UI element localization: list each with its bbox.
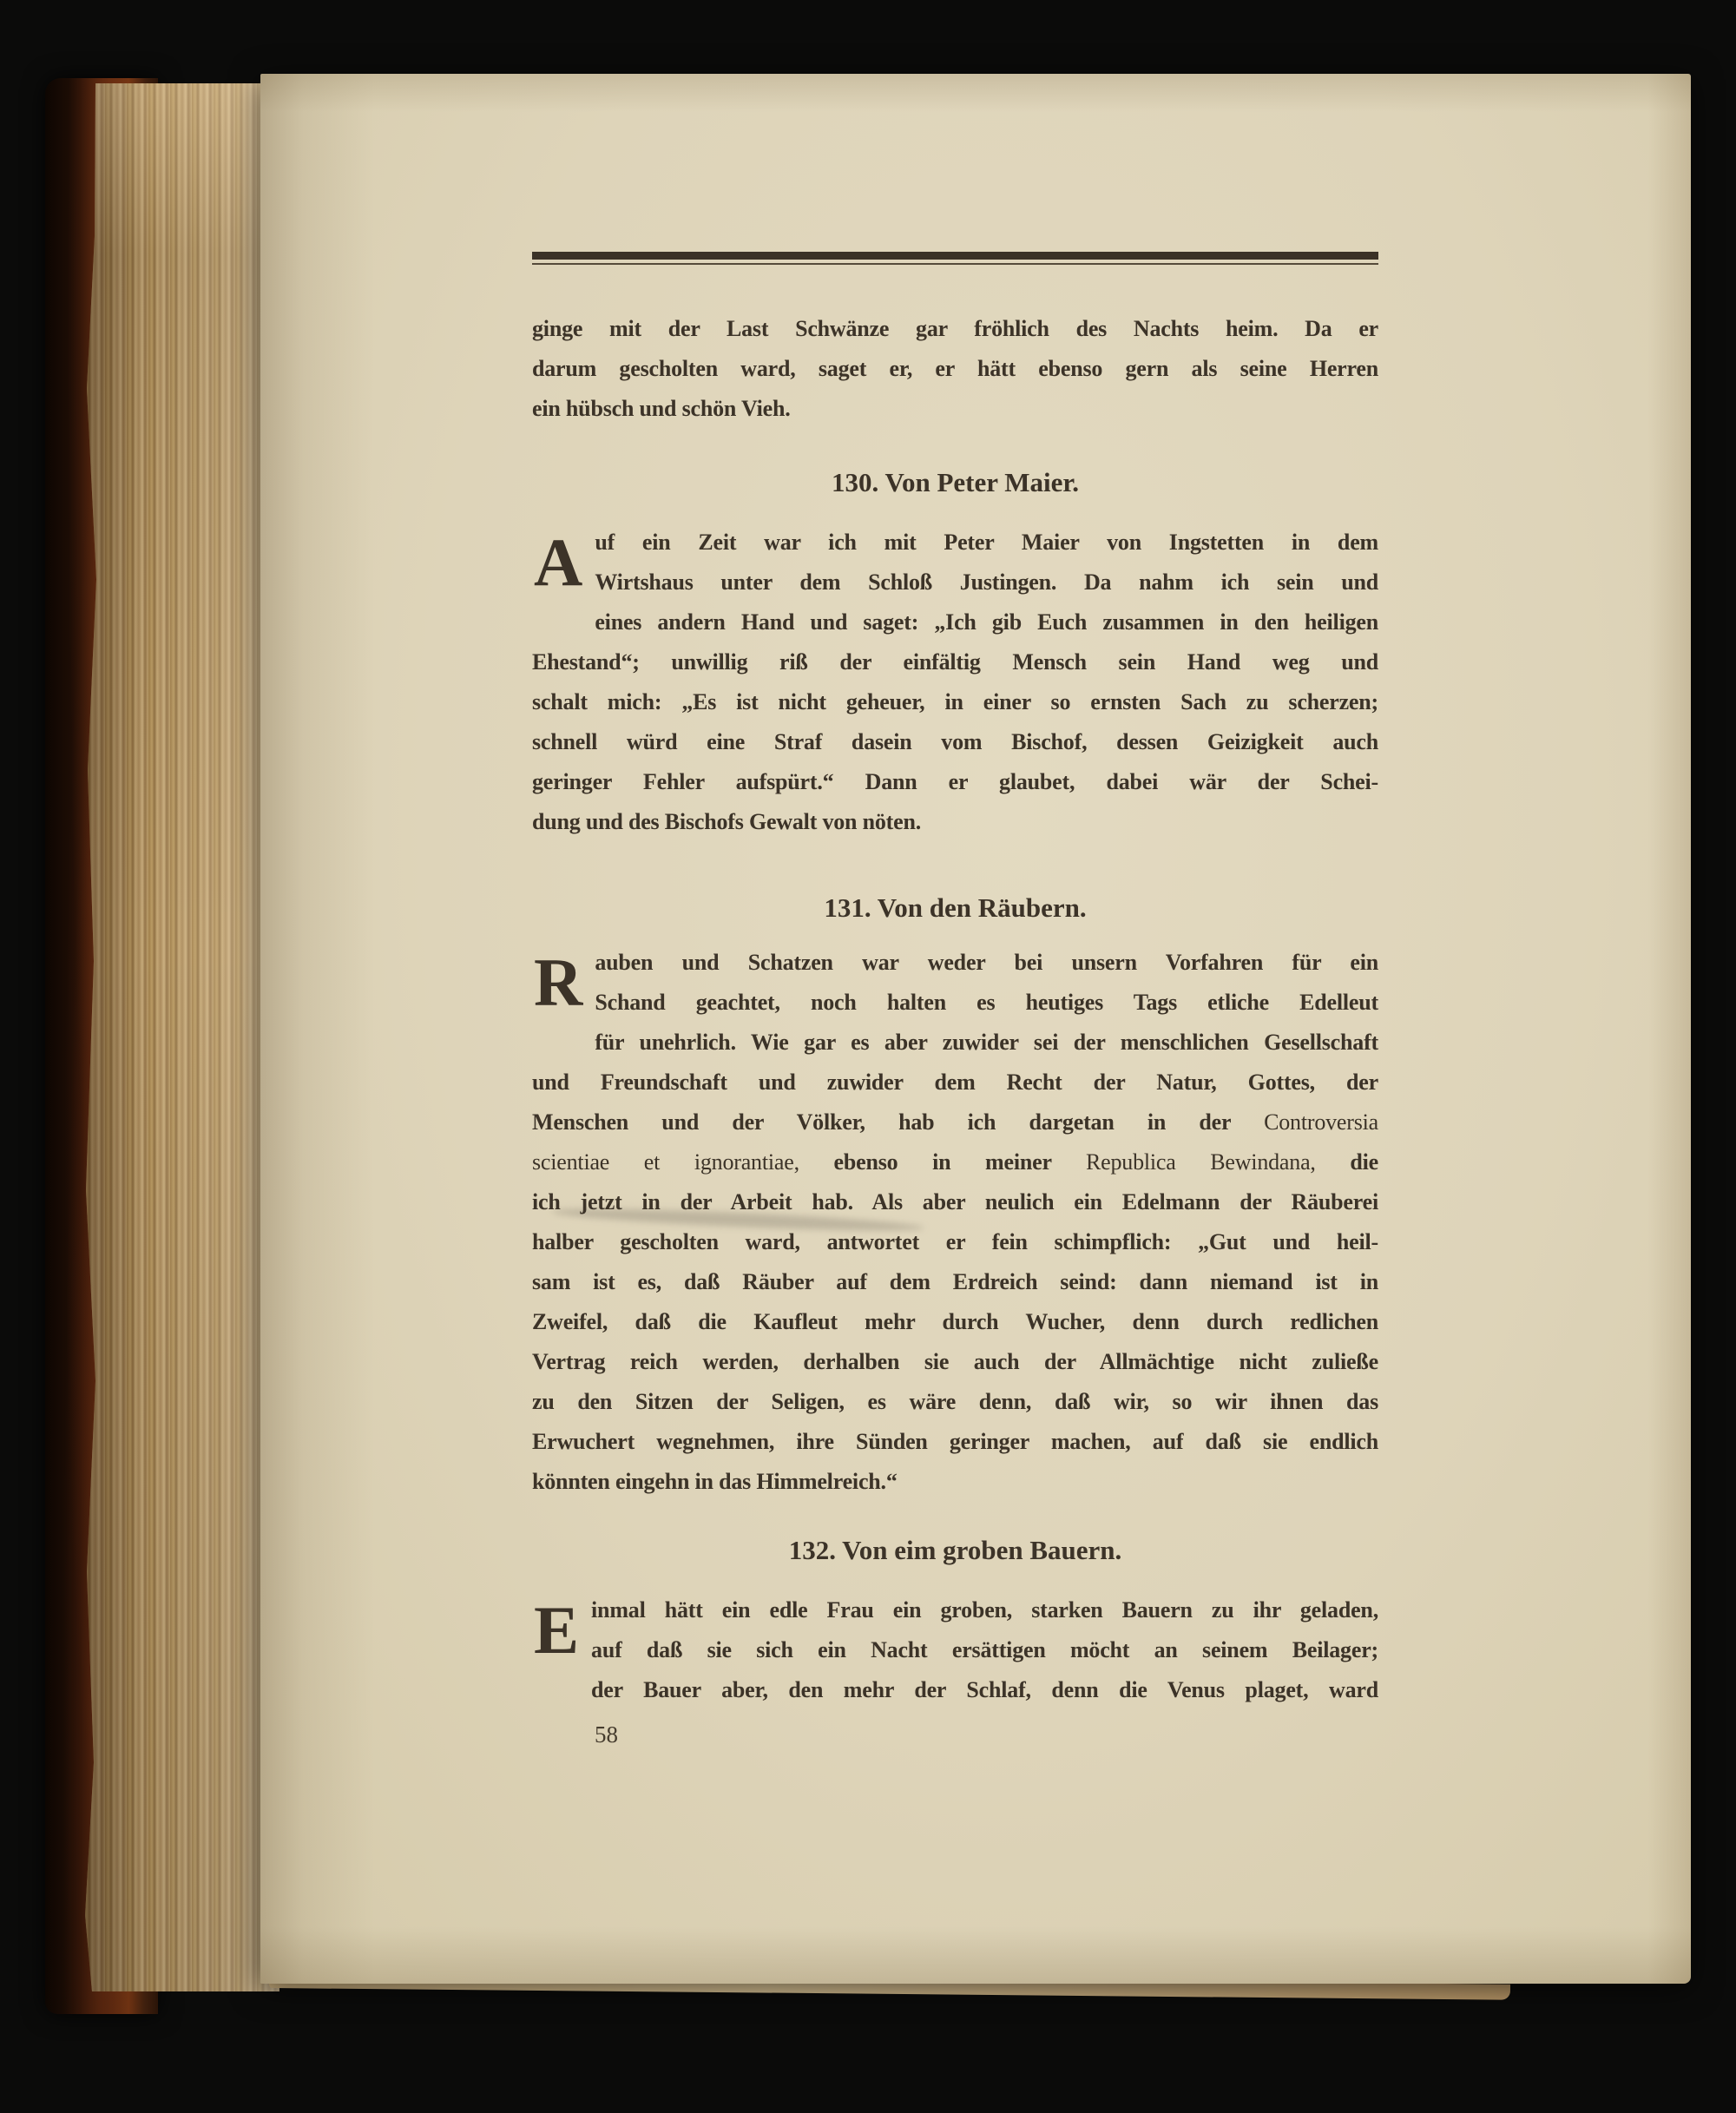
text-line: darum gescholten ward, saget er, er hätt… [532, 349, 1378, 389]
text-line: auben und Schatzen war weder bei unsern … [532, 943, 1378, 983]
text-line: auf daß sie sich ein Nacht ersättigen mö… [532, 1630, 1378, 1670]
stacked-page-edges [83, 83, 279, 1991]
text-line: ich jetzt in der Arbeit hab. Als aber ne… [532, 1182, 1378, 1222]
text-line: und Freundschaft und zuwider dem Recht d… [532, 1063, 1378, 1103]
story-130-heading: 130. Von Peter Maier. [532, 465, 1378, 500]
rule-thin-line [532, 263, 1378, 265]
text-line: sam ist es, daß Räuber auf dem Erdreich … [532, 1262, 1378, 1302]
story-132-body: E inmal hätt ein edle Frau ein groben, s… [532, 1590, 1378, 1710]
photo-background: ginge mit der Last Schwänze gar fröhlich… [0, 0, 1736, 2113]
text-line: schalt mich: „Es ist nicht geheuer, in e… [532, 682, 1378, 722]
text-fragment: Menschen und der Völker, hab ich dargeta… [532, 1109, 1264, 1135]
text-line: Erwuchert wegnehmen, ihre Sünden geringe… [532, 1422, 1378, 1462]
latin-title-fragment: Republica Bewindana, [1086, 1149, 1316, 1175]
rule-thick-line [532, 252, 1378, 260]
page-number: 58 [595, 1721, 618, 1748]
story-129-continuation: ginge mit der Last Schwänze gar fröhlich… [532, 309, 1378, 429]
text-line: ein hübsch und schön Vieh. [532, 389, 1378, 429]
text-fragment: die [1316, 1149, 1378, 1175]
text-line: halber gescholten ward, antwortet er fei… [532, 1222, 1378, 1262]
text-line: dung und des Bischofs Gewalt von nöten. [532, 802, 1378, 842]
story-131-body: R auben und Schatzen war weder bei unser… [532, 943, 1378, 1502]
book-page: ginge mit der Last Schwänze gar fröhlich… [260, 74, 1691, 1984]
text-line: ginge mit der Last Schwänze gar fröhlich… [532, 309, 1378, 349]
text-line: Menschen und der Völker, hab ich dargeta… [532, 1103, 1378, 1142]
text-line: scientiae et ignorantiae, ebenso in mein… [532, 1142, 1378, 1182]
drop-cap: R [534, 945, 582, 1024]
text-line: für unehrlich. Wie gar es aber zuwider s… [532, 1023, 1378, 1063]
text-line: könnten eingehn in das Himmelreich.“ [532, 1462, 1378, 1502]
drop-cap: E [534, 1592, 579, 1672]
story-132-heading: 132. Von eim groben Bauern. [532, 1533, 1378, 1568]
text-line: zu den Sitzen der Seligen, es wäre denn,… [532, 1382, 1378, 1422]
text-line: Zweifel, daß die Kaufleut mehr durch Wuc… [532, 1302, 1378, 1342]
text-line: Ehestand“; unwillig riß der einfältig Me… [532, 642, 1378, 682]
text-line: Schand geachtet, noch halten es heutiges… [532, 983, 1378, 1023]
text-line: inmal hätt ein edle Frau ein groben, sta… [532, 1590, 1378, 1630]
text-line: schnell würd eine Straf dasein vom Bisch… [532, 722, 1378, 762]
section-divider-rule [532, 252, 1378, 265]
text-line: der Bauer aber, den mehr der Schlaf, den… [532, 1670, 1378, 1710]
text-fragment: ebenso in meiner [799, 1149, 1086, 1175]
latin-title-fragment: Controversia [1264, 1109, 1378, 1135]
text-line: uf ein Zeit war ich mit Peter Maier von … [532, 523, 1378, 563]
drop-cap: A [534, 524, 582, 604]
text-line: eines andern Hand und saget: „Ich gib Eu… [532, 602, 1378, 642]
story-131-heading: 131. Von den Räubern. [532, 891, 1378, 925]
text-line: Wirtshaus unter dem Schloß Justingen. Da… [532, 563, 1378, 602]
latin-title-fragment: scientiae et ignorantiae, [532, 1149, 799, 1175]
story-130-body: A uf ein Zeit war ich mit Peter Maier vo… [532, 523, 1378, 842]
text-column: ginge mit der Last Schwänze gar fröhlich… [532, 252, 1378, 1710]
text-line: Vertrag reich werden, derhalben sie auch… [532, 1342, 1378, 1382]
text-line: geringer Fehler aufspürt.“ Dann er glaub… [532, 762, 1378, 802]
